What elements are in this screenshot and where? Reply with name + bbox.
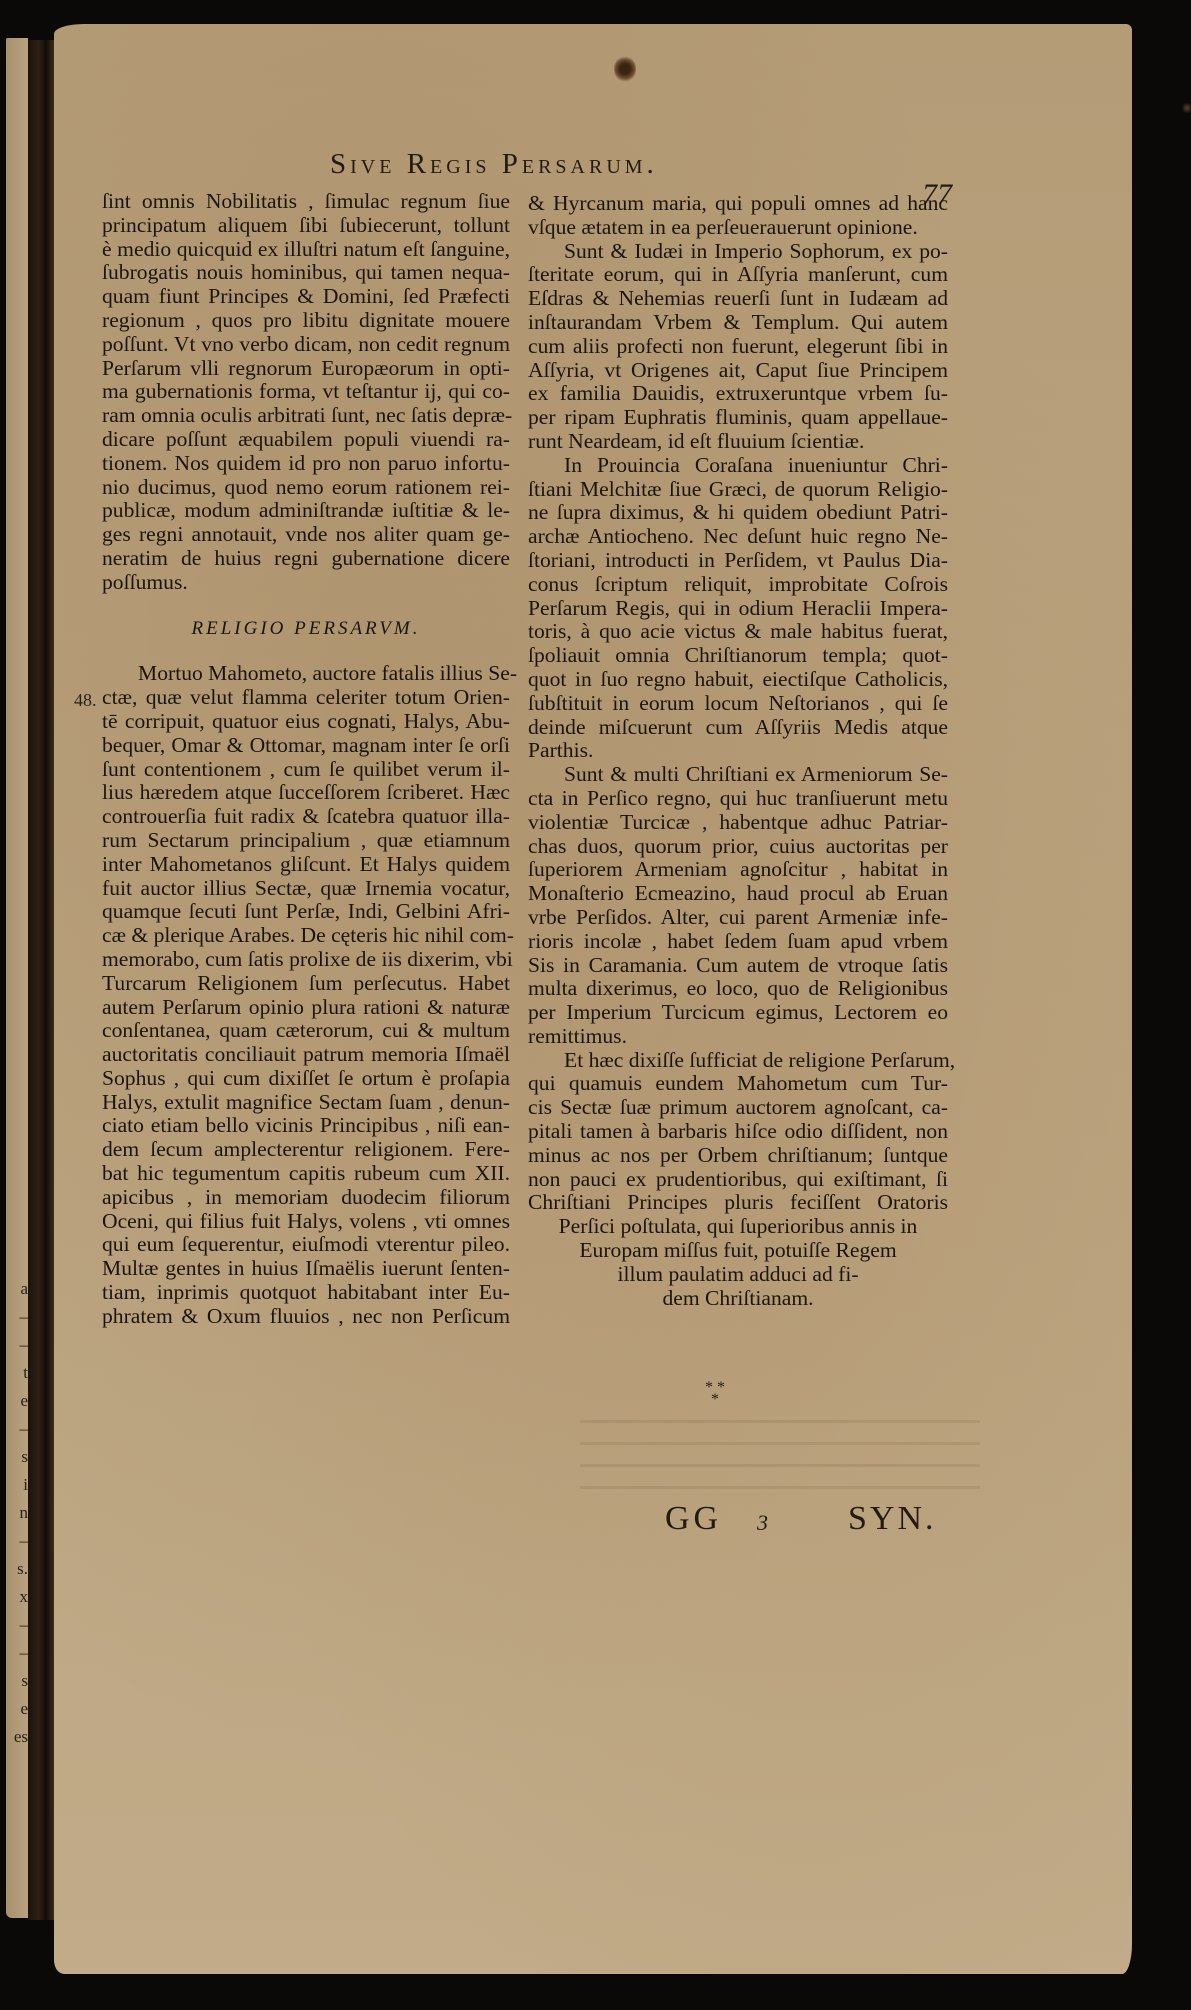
text-line: Oceni, qui filius fuit Halys, volens , v… bbox=[102, 1210, 510, 1234]
ink-blot bbox=[614, 56, 636, 82]
text-line: remittimus. bbox=[528, 1025, 948, 1049]
text-line: In Prouincia Coraſana inueniuntur Chri- bbox=[528, 454, 948, 478]
text-line: Aſſyria, vt Origenes ait, Caput ſiue Pri… bbox=[528, 359, 948, 383]
text-line: Parthis. bbox=[528, 739, 948, 763]
text-line: qui eum ſequerentur, eiuſmodi vterentur … bbox=[102, 1233, 510, 1257]
text-line: poſſumus. bbox=[102, 571, 510, 595]
text-line: ſpoliauit omnia Chriſtianorum templa; qu… bbox=[528, 644, 948, 668]
previous-page-fragment: – bbox=[6, 1639, 28, 1667]
text-line: illum paulatim adduci ad fi- bbox=[528, 1263, 948, 1287]
text-line: tionem. Nos quidem id pro non paruo info… bbox=[102, 452, 510, 476]
text-line: vrbe Perſidos. Alter, cui parent Armeniæ… bbox=[528, 906, 948, 930]
left-paragraph-continuation: ſint omnis Nobilitatis , ſimulac regnum … bbox=[102, 190, 510, 595]
text-line: publicæ, modum adminiſtrandæ iuſtitiæ & … bbox=[102, 499, 510, 523]
text-line: ſteritate eorum, qui in Aſſyria manſerun… bbox=[528, 263, 948, 287]
text-line: poſſunt. Vt vno verbo dicam, non cedit r… bbox=[102, 333, 510, 357]
text-line: ſtoriani, introducti in Perſidem, vt Pau… bbox=[528, 549, 948, 573]
text-line: è medio quicquid ex illuſtri natum eſt ſ… bbox=[102, 238, 510, 262]
right-paragraphs: & Hyrcanum maria, qui populi omnes ad ha… bbox=[528, 192, 948, 1215]
text-line: runt Neardeam, id eſt fluuium ſcientiæ. bbox=[528, 430, 948, 454]
previous-page-fragment: – bbox=[6, 1527, 28, 1555]
text-line: cum aliis profecti non fuerunt, elegerun… bbox=[528, 335, 948, 359]
previous-page-fragment: – bbox=[6, 1415, 28, 1443]
catchword: SYN. bbox=[848, 1500, 937, 1538]
text-line: tiam, inprimis quotquot habitabant inter… bbox=[102, 1281, 510, 1305]
text-line: Sophus , qui cum dixiſſet ſe ortum è pro… bbox=[102, 1067, 510, 1091]
text-line: controuerſia fuit radix & ſcatebra quatu… bbox=[102, 805, 510, 829]
show-through-text bbox=[580, 1420, 980, 1490]
text-line: Eſdras & Nehemias reuerſi ſunt in Iudæam… bbox=[528, 287, 948, 311]
text-line: ſuperiorem Armeniam agnoſcitur , habitat… bbox=[528, 858, 948, 882]
text-line: violentiæ Turcicæ , habentque adhuc Patr… bbox=[528, 811, 948, 835]
text-line: bat hic tegumentum capitis rubeum cum XI… bbox=[102, 1162, 510, 1186]
text-line: phratem & Oxum fluuios , nec non Perſicu… bbox=[102, 1305, 510, 1329]
text-line: Halys, extulit magnifice Sectam ſuam , d… bbox=[102, 1091, 510, 1115]
section-heading: RELIGIO PERSARVM. bbox=[102, 617, 510, 641]
text-line: conſentanea, quam cæterorum, cui & multu… bbox=[102, 1019, 510, 1043]
running-head: Sive Regis Persarum. bbox=[330, 148, 658, 181]
right-column: & Hyrcanum maria, qui populi omnes ad ha… bbox=[528, 192, 948, 1310]
text-line: neratim de huius regni gubernatione dice… bbox=[102, 547, 510, 571]
previous-page-fragment: es bbox=[6, 1723, 28, 1751]
margin-note: 48. bbox=[74, 690, 97, 711]
text-line: ſint omnis Nobilitatis , ſimulac regnum … bbox=[102, 190, 510, 214]
text-line: auctoritatis conciliauit patrum memoria … bbox=[102, 1043, 510, 1067]
previous-page-fragment: s bbox=[6, 1667, 28, 1695]
text-line: inſtaurandam Vrbem & Templum. Qui autem bbox=[528, 311, 948, 335]
text-line: ſtiani Melchitæ ſiue Græci, de quorum Re… bbox=[528, 478, 948, 502]
text-line: Perſarum Regis, qui in odium Heraclii Im… bbox=[528, 597, 948, 621]
previous-page-fragment: – bbox=[6, 1331, 28, 1359]
text-line: toris, à quo acie victus & male habitus … bbox=[528, 620, 948, 644]
left-paragraph-religion: Mortuo Mahometo, auctore fatalis illius … bbox=[102, 662, 510, 1328]
text-line: memorabo, cum ſatis prolixe de iis dixer… bbox=[102, 948, 510, 972]
text-line: ciato etiam bello vicinis Principibus , … bbox=[102, 1114, 510, 1138]
text-line: rioris incolæ , habet ſedem ſuam apud vr… bbox=[528, 930, 948, 954]
text-line: qui quamuis eundem Mahometum cum Tur- bbox=[528, 1072, 948, 1096]
tapered-conclusion: Perſici poſtulata, qui ſuperioribus anni… bbox=[528, 1215, 948, 1310]
text-line: chas duos, quorum prior, cuius auctorita… bbox=[528, 835, 948, 859]
text-line: lius hæredem atque ſucceſſorem ſcriberet… bbox=[102, 781, 510, 805]
text-line: dem Chriſtianam. bbox=[528, 1287, 948, 1311]
text-line: archæ Antiocheno. Nec deſunt huic regno … bbox=[528, 525, 948, 549]
text-line: Perſici poſtulata, qui ſuperioribus anni… bbox=[528, 1215, 948, 1239]
signature-mark: GG bbox=[665, 1500, 722, 1538]
text-line: ſunt contentionem , cum ſe quilibet veru… bbox=[102, 758, 510, 782]
text-line: ſubſtituit in eorum locum Neſtorianos , … bbox=[528, 692, 948, 716]
text-line: autem Perſarum opinio plura rationi & na… bbox=[102, 996, 510, 1020]
previous-page-fragment: e bbox=[6, 1695, 28, 1723]
previous-page-fragments: a––te–sin–s.x––sees bbox=[6, 1275, 28, 1751]
text-line: cæ & plerique Arabes. De cęteris hic nih… bbox=[102, 924, 510, 948]
text-line: Perſarum vlli regnorum Europæorum in opt… bbox=[102, 357, 510, 381]
text-line: apicibus , in memoriam duodecim filiorum bbox=[102, 1186, 510, 1210]
book-gutter bbox=[28, 40, 54, 1920]
text-line: Sunt & multi Chriſtiani ex Armeniorum Se… bbox=[528, 763, 948, 787]
paragraph: Et hæc dixiſſe ſufficiat de religione Pe… bbox=[528, 1049, 948, 1216]
text-line: cis Sectæ ſuæ primum auctorem agnoſcant,… bbox=[528, 1096, 948, 1120]
text-line: Et hæc dixiſſe ſufficiat de religione Pe… bbox=[528, 1049, 948, 1073]
previous-page-fragment: – bbox=[6, 1303, 28, 1331]
text-line: quot in ſuo regno habuit, eiectiſque Cat… bbox=[528, 668, 948, 692]
text-line: pitali tamen à barbaris hiſce odio diſſi… bbox=[528, 1120, 948, 1144]
text-line: per ripam Euphratis fluminis, quam appel… bbox=[528, 406, 948, 430]
previous-page-fragment: i bbox=[6, 1471, 28, 1499]
previous-page-fragment: s bbox=[6, 1443, 28, 1471]
text-line: dicare poſſunt æquabilem populi viuendi … bbox=[102, 428, 510, 452]
paragraph: In Prouincia Coraſana inueniuntur Chri-ſ… bbox=[528, 454, 948, 763]
asterism-ornament: * * * bbox=[705, 1382, 725, 1406]
paragraph: & Hyrcanum maria, qui populi omnes ad ha… bbox=[528, 192, 948, 240]
signature-number: 3 bbox=[757, 1510, 768, 1536]
text-line: Turcarum Religionem ſum perſecutus. Habe… bbox=[102, 972, 510, 996]
text-line: Europam miſſus fuit, potuiſſe Regem bbox=[528, 1239, 948, 1263]
text-line: ctæ, quæ velut flamma celeriter totum Or… bbox=[102, 686, 510, 710]
text-line: per Imperium Turcicum egimus, Lectorem e… bbox=[528, 1001, 948, 1025]
paragraph: Sunt & multi Chriſtiani ex Armeniorum Se… bbox=[528, 763, 948, 1049]
text-line: conus ſcriptum reliquit, improbitate Coſ… bbox=[528, 573, 948, 597]
text-line: bequer, Omar & Ottomar, magnam inter ſe … bbox=[102, 734, 510, 758]
text-line: vſque ætatem in ea perſeuerauerunt opini… bbox=[528, 216, 948, 240]
text-line: minus ac nos per Orbem chriſtianum; ſunt… bbox=[528, 1144, 948, 1168]
previous-page-fragment: e bbox=[6, 1387, 28, 1415]
text-line: Sis in Caramania. Cum autem de vtroque ſ… bbox=[528, 954, 948, 978]
text-line: quamque ſecuti ſunt Perſæ, Indi, Gelbini… bbox=[102, 900, 510, 924]
text-line: dem ſecum amplecterentur religionem. Fer… bbox=[102, 1138, 510, 1162]
left-column: ſint omnis Nobilitatis , ſimulac regnum … bbox=[102, 190, 510, 1329]
paragraph: Sunt & Iudæi in Imperio Sophorum, ex po-… bbox=[528, 240, 948, 454]
text-line: ne ſupra diximus, & hi quidem obediunt P… bbox=[528, 501, 948, 525]
text-line: regionum , quos pro libitu dignitate mou… bbox=[102, 309, 510, 333]
previous-page-fragment: – bbox=[6, 1611, 28, 1639]
text-line: ram omnia oculis arbitrati ſunt, nec ſat… bbox=[102, 404, 510, 428]
text-line: non pauci ex prudentioribus, qui exiſtim… bbox=[528, 1168, 948, 1192]
text-line: Mortuo Mahometo, auctore fatalis illius … bbox=[102, 662, 510, 686]
text-line: fuit auctor illius Sectæ, quæ Irnemia vo… bbox=[102, 877, 510, 901]
text-line: quam fiunt Principes & Domini, ſed Præfe… bbox=[102, 285, 510, 309]
text-line: principatum aliquem ſibi ſubiecerunt, to… bbox=[102, 214, 510, 238]
text-line: multa dixerimus, eo loco, quo de Religio… bbox=[528, 977, 948, 1001]
text-line: Multæ gentes in huius Iſmaëlis iuerunt ſ… bbox=[102, 1257, 510, 1281]
text-line: inter Mahometanos gliſcunt. Et Halys qui… bbox=[102, 853, 510, 877]
text-line: rum Sectarum principalium , quæ etiamnum bbox=[102, 829, 510, 853]
text-line: Monaſterio Ecmeazino, haud procul ab Eru… bbox=[528, 882, 948, 906]
previous-page-fragment: t bbox=[6, 1359, 28, 1387]
previous-page-fragment: n bbox=[6, 1499, 28, 1527]
text-line: deinde miſcuerunt cum Aſſyriis Medis atq… bbox=[528, 716, 948, 740]
text-line: ſubrogatis nouis hominibus, qui tamen ne… bbox=[102, 261, 510, 285]
text-line: cta in Perſico regno, qui huc tranſiueru… bbox=[528, 787, 948, 811]
previous-page-fragment: x bbox=[6, 1583, 28, 1611]
text-line: ma gubernationis forma, vt teſtantur ij,… bbox=[102, 380, 510, 404]
text-line: ges regni annotauit, vnde nos aliter qua… bbox=[102, 523, 510, 547]
previous-page-fragment: a bbox=[6, 1275, 28, 1303]
text-line: Sunt & Iudæi in Imperio Sophorum, ex po- bbox=[528, 240, 948, 264]
text-line: tē corripuit, quatuor eius cognati, Haly… bbox=[102, 710, 510, 734]
previous-page-fragment: s. bbox=[6, 1555, 28, 1583]
text-line: nio ducimus, quod nemo eorum rationem re… bbox=[102, 476, 510, 500]
text-line: & Hyrcanum maria, qui populi omnes ad ha… bbox=[528, 192, 948, 216]
text-line: Chriſtiani Principes pluris feciſſent Or… bbox=[528, 1191, 948, 1215]
stain-spot bbox=[1182, 102, 1191, 114]
text-line: ex familia Dauidis, extruxeruntque vrbem… bbox=[528, 382, 948, 406]
